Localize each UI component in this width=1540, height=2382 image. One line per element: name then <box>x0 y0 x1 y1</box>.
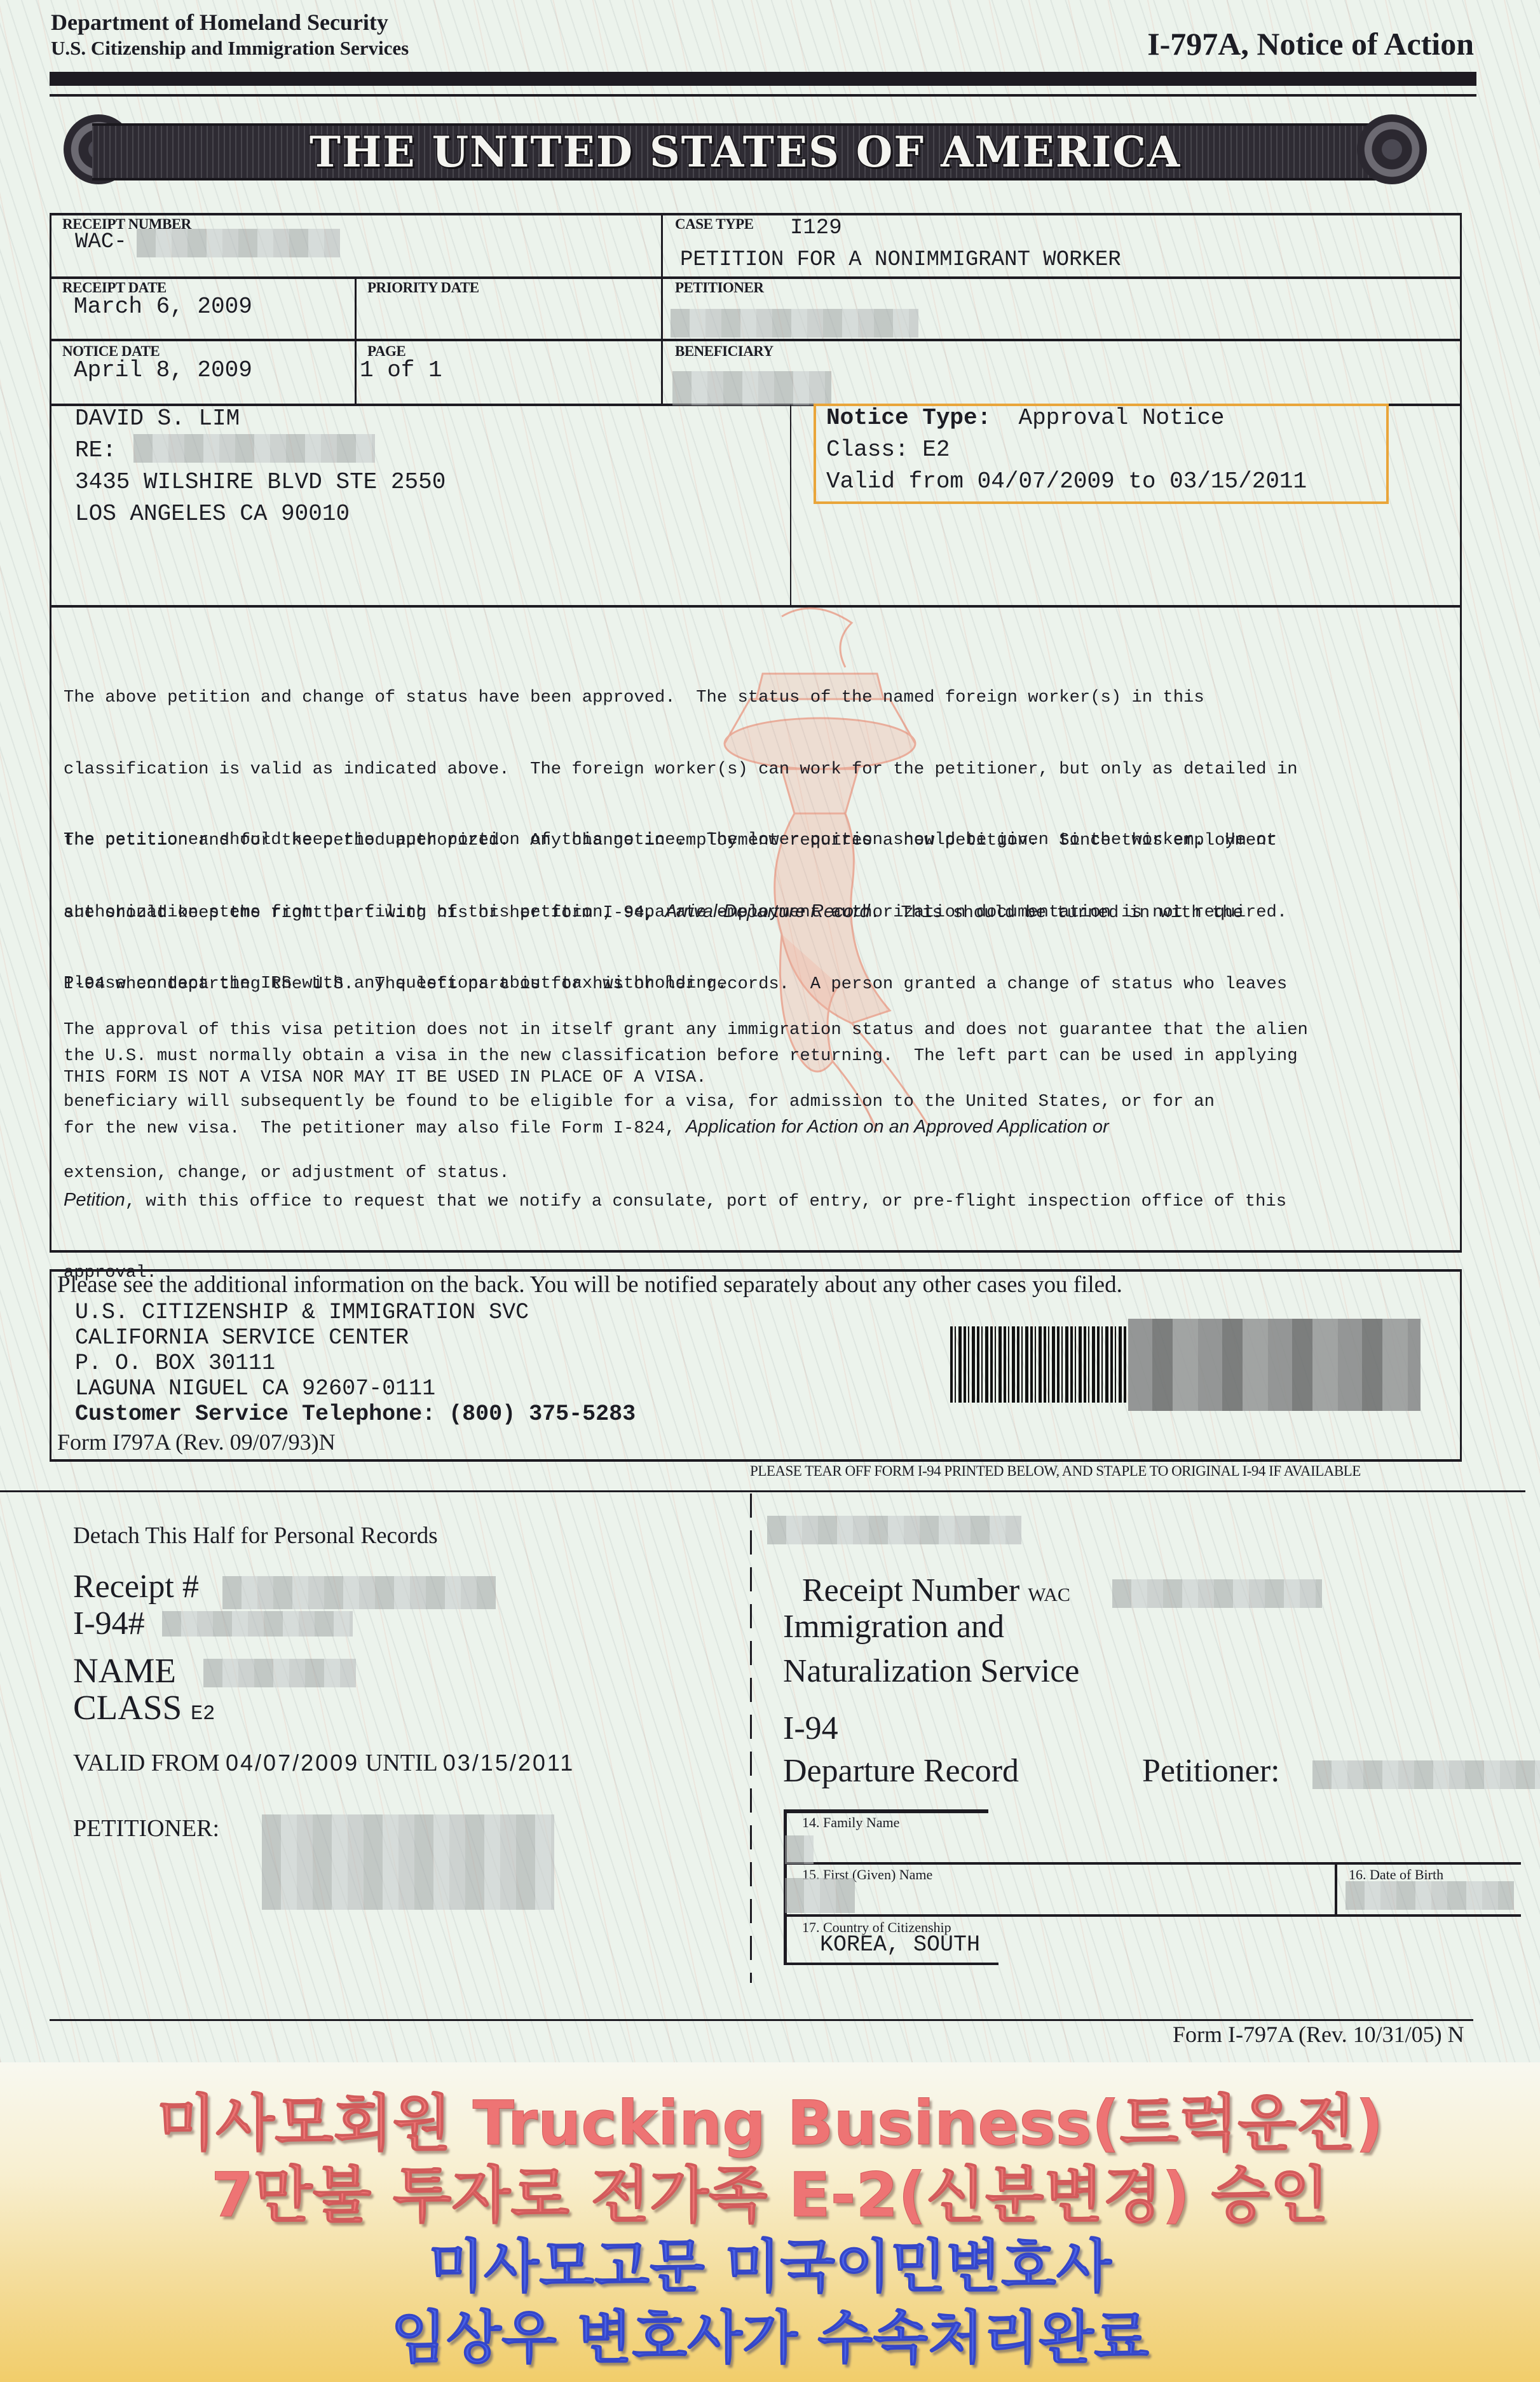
i94-petitioner-label: Petitioner: <box>1142 1752 1280 1790</box>
receipt-number-value: WAC- <box>75 230 127 254</box>
grid-line <box>790 405 791 607</box>
form-revision: Form I797A (Rev. 09/07/93)N <box>57 1429 336 1455</box>
validity-line: VALID FROM 04/07/2009 UNTIL 03/15/2011 <box>73 1749 575 1777</box>
notice-validity: Valid from 04/07/2009 to 03/15/2011 <box>826 468 1307 494</box>
i94-receipt-line: Receipt Number WAC <box>802 1572 1070 1609</box>
grid-line <box>1460 213 1462 1252</box>
beneficiary-label: BENEFICIARY <box>675 343 773 360</box>
notice-highlight-box: Notice Type: Approval Notice Class: E2 V… <box>814 404 1389 504</box>
redacted-receipt-number <box>1112 1579 1322 1608</box>
scroll-ornament-icon <box>1357 114 1427 184</box>
notice-type-line: Notice Type: Approval Notice <box>826 405 1225 431</box>
office-line: CALIFORNIA SERVICE CENTER <box>75 1325 409 1351</box>
promo-subline-1: 미사모고문 미국이민변호사 <box>0 2220 1540 2303</box>
address-street: 3435 WILSHIRE BLVD STE 2550 <box>75 469 446 495</box>
case-type-label: CASE TYPE <box>675 216 754 233</box>
grid-line <box>50 605 1462 608</box>
grid-line <box>355 276 357 404</box>
redacted-petitioner <box>1312 1760 1540 1789</box>
redacted-date-of-birth <box>1346 1881 1514 1910</box>
paragraph-line: The approval of this visa petition does … <box>64 1018 1449 1042</box>
paragraph-line: beneficiary will subsequently be found t… <box>64 1090 1449 1114</box>
i94-box-border <box>784 1914 1521 1917</box>
redacted-petitioner <box>671 309 918 337</box>
class-line: CLASS E2 <box>73 1687 215 1727</box>
receipt-number-label: Receipt Number <box>802 1572 1019 1609</box>
receipt-hash-label: Receipt # <box>73 1568 199 1605</box>
priority-date-label: PRIORITY DATE <box>367 280 479 296</box>
paragraph-line: classification is valid as indicated abo… <box>64 758 1449 782</box>
customer-service-phone: Customer Service Telephone: (800) 375-52… <box>75 1401 636 1427</box>
grid-line <box>50 339 1462 341</box>
agency-name: Department of Homeland Security <box>51 9 388 36</box>
paragraph-line: she should keep the right part with his … <box>64 900 1449 925</box>
redacted-i94-number <box>767 1516 1021 1544</box>
grid-line <box>50 213 1462 215</box>
redacted-family-name <box>785 1835 814 1864</box>
grid-line <box>1460 1269 1462 1461</box>
i94-box-border <box>784 1809 988 1813</box>
redacted-given-name <box>785 1878 855 1913</box>
barcode-icon <box>950 1326 1128 1403</box>
text-run: . This should be turned in with the <box>870 903 1243 923</box>
grid-line <box>661 213 663 404</box>
redacted-beneficiary <box>672 371 831 405</box>
detach-separator <box>750 1494 752 1983</box>
grid-line <box>50 213 51 1252</box>
petitioner-label: PETITIONER: <box>73 1814 219 1842</box>
class-label: CLASS <box>73 1688 182 1727</box>
notice-document: Department of Homeland Security U.S. Cit… <box>0 0 1540 2062</box>
until-date: 03/15/2011 <box>443 1750 575 1776</box>
class-value: E2 <box>191 1702 215 1725</box>
valid-from-label: VALID FROM <box>73 1750 220 1776</box>
disclaimer-paragraph: The approval of this visa petition does … <box>64 970 1449 1233</box>
header-rule-thin <box>50 94 1476 97</box>
receipt-prefix: WAC <box>1028 1584 1070 1605</box>
text-run: she should keep the right part with his … <box>64 903 665 923</box>
grid-line <box>50 1459 1462 1462</box>
tear-line <box>0 1490 1525 1492</box>
case-type-code: I129 <box>790 216 842 240</box>
usa-banner: THE UNITED STATES OF AMERICA <box>64 114 1427 184</box>
banner-band: THE UNITED STATES OF AMERICA <box>92 123 1398 180</box>
redacted-re <box>133 434 375 463</box>
departure-record-title: Departure Record <box>783 1752 1019 1790</box>
ins-line2: Naturalization Service <box>783 1652 1079 1690</box>
tear-off-instruction: PLEASE TEAR OFF FORM I-94 PRINTED BELOW,… <box>750 1463 1361 1480</box>
address-city: LOS ANGELES CA 90010 <box>75 501 350 527</box>
office-line: U.S. CITIZENSHIP & IMMIGRATION SVC <box>75 1300 529 1325</box>
grid-line <box>50 1250 1462 1253</box>
promo-subline-2: 임상우 변호사가 수속처리완료 <box>0 2291 1540 2374</box>
i94-form-code: I-94 <box>783 1710 838 1747</box>
case-type-description: PETITION FOR A NONIMMIGRANT WORKER <box>680 248 1121 272</box>
grid-line <box>50 1269 51 1461</box>
detach-heading: Detach This Half for Personal Records <box>73 1522 438 1549</box>
redacted-i94-number <box>162 1611 353 1637</box>
citizenship-value: KOREA, SOUTH <box>820 1932 980 1957</box>
valid-from-date: 04/07/2009 <box>226 1750 359 1776</box>
i94-box-border <box>784 1862 1521 1865</box>
addressee-name: DAVID S. LIM <box>75 405 240 432</box>
office-line: LAGUNA NIGUEL CA 92607-0111 <box>75 1376 435 1401</box>
redacted-name <box>203 1659 356 1687</box>
until-label: UNTIL <box>365 1750 437 1776</box>
not-a-visa-notice: THIS FORM IS NOT A VISA NOR MAY IT BE US… <box>64 1066 1449 1090</box>
notice-type-value: Approval Notice <box>1018 405 1224 431</box>
form-title-italic: Arrival-Departure Record <box>665 901 869 922</box>
notice-date-value: April 8, 2009 <box>74 357 252 383</box>
i94-box-border <box>1335 1862 1337 1916</box>
notice-type-label: Notice Type: <box>826 405 991 431</box>
redacted-receipt-number <box>137 229 340 257</box>
name-label: NAME <box>73 1650 176 1691</box>
redacted-barcode <box>1128 1319 1421 1411</box>
family-name-label: 14. Family Name <box>802 1814 899 1831</box>
i94-number-label: I-94# <box>73 1605 145 1642</box>
grid-line <box>50 276 1462 279</box>
receipt-date-value: March 6, 2009 <box>74 294 252 320</box>
paragraph-line: extension, change, or adjustment of stat… <box>64 1161 1449 1185</box>
banner-text: THE UNITED STATES OF AMERICA <box>310 127 1181 177</box>
header-rule-thick <box>50 72 1476 86</box>
form-title: I-797A, Notice of Action <box>1147 25 1474 62</box>
redacted-petitioner-block <box>262 1814 554 1910</box>
promo-banner: 미사모회원 Trucking Business(트럭운전) 7만불 투자로 전가… <box>0 2062 1540 2382</box>
agency-subname: U.S. Citizenship and Immigration Service… <box>51 37 409 60</box>
additional-info-note: Please see the additional information on… <box>57 1271 1122 1298</box>
ins-line1: Immigration and <box>783 1608 1004 1645</box>
office-line: P. O. BOX 30111 <box>75 1351 275 1376</box>
redacted-receipt <box>222 1576 496 1609</box>
re-label: RE: <box>75 437 116 463</box>
page-value: 1 of 1 <box>360 357 442 383</box>
paragraph-line: The petitioner should keep the upper por… <box>64 828 1449 852</box>
paragraph-line: The above petition and change of status … <box>64 686 1449 710</box>
petitioner-label: PETITIONER <box>675 280 763 296</box>
footer-form-revision: Form I-797A (Rev. 10/31/05) N <box>1173 2021 1464 2048</box>
i94-box-border <box>784 1963 998 1965</box>
notice-class: Class: E2 <box>826 437 950 463</box>
